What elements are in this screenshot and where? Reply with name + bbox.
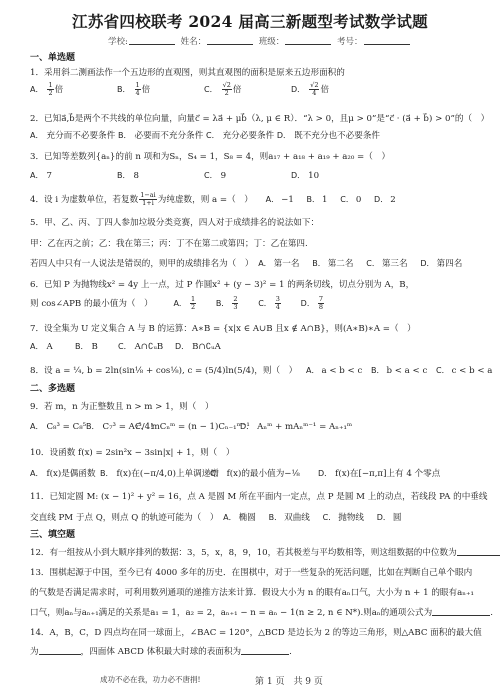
option-label: D． [277, 131, 291, 140]
q5-option-a[interactable]: A．第一名 [258, 259, 299, 269]
class-label: 班级： [259, 37, 285, 47]
option-text: 抛物线 [338, 513, 364, 523]
q11-option-c[interactable]: C．抛物线 [323, 513, 364, 523]
option-text: 第三名 [382, 259, 408, 269]
q9-option-d[interactable]: D．Aₙᵐ + mAₙᵐ⁻¹ = Aₙ₊₁ᵐ [240, 421, 352, 432]
q11-option-b[interactable]: B．双曲线 [269, 513, 310, 523]
option-label: A． [30, 469, 43, 478]
option-text: A∩∁ᵤB [135, 342, 164, 352]
option-text: 倍 [55, 85, 64, 95]
id-label: 考号： [337, 37, 363, 47]
question-12: 12．有一组按从小到大顺序排列的数据：3，5，x，8，9，10，若其极差与平均数… [30, 546, 500, 558]
q10-option-d[interactable]: D．f(x)在[−π,π]上有 4 个零点 [318, 467, 440, 479]
question-12-stem: 12．有一组按从小到大顺序排列的数据：3，5，x，8，9，10，若其极差与平均数… [30, 548, 457, 558]
q6-option-a[interactable]: A．12 [173, 299, 197, 309]
question-6-stem: 则 cos∠APB 的最小值为（ ） [30, 299, 153, 309]
question-13-stem: 口气，则aₙ与aₙ₊₁满足的关系是a₁ = 1，a₂ = 2，aₙ₊₁ − n … [30, 608, 432, 618]
q7-option-c[interactable]: C．A∩∁ᵤB [118, 341, 163, 352]
q3-option-c[interactable]: C．9 [204, 170, 226, 181]
q9-option-c[interactable]: C．mCₙᵐ = (n − 1)Cₙ₋₁ᵐ⁻¹ [135, 421, 250, 432]
question-14-line-2: 为，四面体 ABCD 体积最大时球的表面积为. [30, 645, 292, 657]
option-text: C₈³ = C₈⁵ [46, 422, 86, 432]
q10-option-a[interactable]: A．f(x)是偶函数 [30, 467, 96, 479]
option-label: B． [216, 299, 230, 308]
option-label: D． [175, 342, 189, 351]
name-blank[interactable] [207, 44, 253, 45]
question-11-line-2: 交直线 PM 于点 Q，则点 Q 的轨迹可能为（ ） A．椭圆 B．双曲线 C．… [30, 511, 402, 523]
denominator: 4 [309, 90, 319, 97]
question-5-line-2: 甲：乙在丙之前；乙：我在第三；丙：丁不在第二或第四；丁：乙在第四. [30, 237, 308, 249]
option-text: 倍 [142, 85, 151, 95]
fraction: 78 [318, 296, 324, 311]
option-text: f(x)的最小值为−⅛ [227, 469, 300, 479]
question-1-stem: 1．采用斜二测画法作一个五边形的直观图，则其直观图的面积是原来五边形面积的 [30, 66, 345, 78]
question-4-stem-end: 为纯虚数，则 a =（ ） [158, 195, 253, 205]
denominator: 2 [222, 90, 232, 97]
option-label: C． [210, 469, 224, 478]
option-text: 1 [322, 195, 327, 205]
question-14-line-1: 14．A，B，C，D 四点均在同一球面上，∠BAC = 120°，△BCD 是边… [30, 626, 482, 638]
question-3-stem: 3．已知等差数列{aₙ}的前 n 项和为Sₙ，S₄ = 1，S₈ = 4，则a₁… [30, 150, 390, 162]
option-label: C． [366, 259, 380, 268]
q1-option-a[interactable]: A．12倍 [30, 82, 63, 97]
fraction: 12 [190, 296, 196, 311]
page-number: 第 1 页 共 9 页 [255, 674, 323, 687]
option-text: B [92, 342, 98, 352]
option-label: A． [30, 422, 43, 431]
q4-option-c[interactable]: C．0 [340, 195, 361, 205]
question-8-stem: 8．设 a = ¼, b = 2ln(sin⅛ + cos⅛), c = (5/… [30, 366, 297, 376]
class-blank[interactable] [285, 44, 331, 45]
option-label: B． [371, 366, 385, 375]
fraction: √24 [309, 82, 319, 97]
school-label: 学校: [108, 37, 128, 47]
q8-option-a[interactable]: A．a < b < c [306, 366, 362, 376]
q11-option-a[interactable]: A．椭圆 [223, 513, 256, 523]
q2-options: A．充分而不必要条件 B．必要而不充分条件 C．充分必要条件 D．既不充分也不必… [30, 129, 380, 141]
answer-blank[interactable] [432, 615, 490, 616]
fraction: 23 [232, 296, 238, 311]
q11-option-d[interactable]: D．圆 [377, 513, 402, 523]
option-label: D． [420, 259, 434, 268]
option-label: A． [258, 259, 271, 268]
option-label: C． [204, 171, 218, 180]
question-7-stem: 7．设全集为 U 定义集合 A 与 B 的运算：A∗B = {x|x ∈ A∪B… [30, 322, 416, 334]
section-heading-single: 一、单选题 [30, 50, 75, 63]
option-text: mCₙᵐ = (n − 1)Cₙ₋₁ᵐ⁻¹ [152, 422, 250, 432]
fraction: 1−ai1+i [139, 192, 157, 207]
option-label: D． [301, 299, 315, 308]
option-text: 9 [221, 171, 226, 181]
option-label: A． [173, 299, 186, 308]
option-text: 第二名 [328, 259, 354, 269]
option-label: C． [340, 195, 354, 204]
option-text: 10 [308, 171, 319, 181]
denominator: 4 [275, 304, 281, 311]
option-text: f(x)在(−π/4,0)上单调递增 [117, 469, 219, 479]
option-label: C． [206, 131, 220, 140]
q4-option-d[interactable]: D．2 [374, 195, 396, 205]
option-label: A． [30, 171, 43, 180]
option-text: a < b < c [322, 366, 363, 376]
section-heading-fill: 三、填空题 [30, 527, 75, 540]
q2-option-c[interactable]: C．充分必要条件 [206, 131, 274, 141]
q3-option-d[interactable]: D．10 [291, 170, 319, 181]
option-label: C． [204, 85, 218, 94]
question-10-stem: 10．设函数 f(x) = 2sin²x − 3sin|x| + 1，则（ ） [30, 446, 234, 458]
question-5-line-1: 5．甲、乙、丙、丁四人参加垃圾分类竞赛，四人对于成绩排名的说法如下： [30, 216, 319, 228]
q10-option-c[interactable]: C．f(x)的最小值为−⅛ [210, 467, 300, 479]
option-label: B． [117, 85, 131, 94]
question-11-line-1: 11．已知定圆 M: (x − 1)² + y² = 16，点 A 是圆 M 所… [30, 490, 487, 502]
id-blank[interactable] [364, 44, 410, 45]
question-14-stem: 为 [30, 647, 39, 657]
option-label: A． [306, 366, 319, 375]
q4-option-a[interactable]: A．−1 [266, 195, 294, 205]
option-text: f(x)是偶函数 [46, 469, 95, 479]
q1-option-c[interactable]: C．√22倍 [204, 82, 241, 97]
option-label: C． [258, 299, 272, 308]
period: . [289, 647, 292, 657]
q1-option-b[interactable]: B．14倍 [117, 82, 150, 97]
option-label: A． [223, 513, 236, 522]
option-label: B． [269, 513, 283, 522]
option-text: A [46, 342, 52, 352]
q8-option-c[interactable]: C．c < b < a [436, 366, 492, 376]
option-text: 圆 [393, 513, 402, 523]
page-title: 江苏省四校联考 2024 届高三新题型考试数学试题 [0, 10, 500, 32]
q2-option-b[interactable]: B．必要而不充分条件 [118, 131, 203, 141]
option-text: 8 [134, 171, 139, 181]
option-text: 充分而不必要条件 [46, 131, 115, 141]
q3-option-b[interactable]: B．8 [117, 170, 139, 181]
option-text: 椭圆 [239, 513, 256, 523]
question-13-line-3: 口气，则aₙ与aₙ₊₁满足的关系是a₁ = 1，a₂ = 2，aₙ₊₁ − n … [30, 606, 493, 618]
name-label: 姓名： [181, 37, 207, 47]
answer-blank-1[interactable] [39, 654, 81, 655]
option-label: A． [30, 85, 43, 94]
exam-page: 江苏省四校联考 2024 届高三新题型考试数学试题 学校: 姓名： 班级： 考号… [0, 0, 500, 698]
denominator: 2 [190, 304, 196, 311]
question-14-stem-mid: ，四面体 ABCD 体积最大时球的表面积为 [81, 647, 242, 657]
q5-option-c[interactable]: C．第三名 [366, 259, 407, 269]
option-label: B． [86, 422, 100, 431]
q9-option-a[interactable]: A．C₈³ = C₈⁵ [30, 421, 86, 432]
denominator: 2 [47, 90, 53, 97]
option-label: B． [117, 171, 131, 180]
option-label: B． [75, 342, 89, 351]
option-label: D． [291, 171, 305, 180]
q4-option-b[interactable]: B．1 [307, 195, 328, 205]
option-label: C． [436, 366, 450, 375]
fraction: 34 [275, 296, 281, 311]
option-label: C． [323, 513, 337, 522]
option-text: b < a < c [387, 366, 428, 376]
section-heading-multi: 二、多选题 [30, 381, 75, 394]
option-label: D． [291, 85, 305, 94]
fraction: √22 [222, 82, 232, 97]
option-text: 双曲线 [284, 513, 310, 523]
q2-option-d[interactable]: D．既不充分也不必要条件 [277, 131, 380, 141]
question-5-line-3: 若四人中只有一人说法是错误的，则甲的成绩排名为（ ） A．第一名 B．第二名 C… [30, 257, 462, 269]
question-4: 4．设 i 为虚数单位，若复数1−ai1+i为纯虚数，则 a =（ ） A．−1… [30, 192, 396, 207]
student-info-line: 学校: 姓名： 班级： 考号： [108, 35, 413, 47]
denominator: 8 [318, 304, 324, 311]
fraction: 12 [47, 82, 53, 97]
option-text: 倍 [233, 85, 242, 95]
denominator: 3 [232, 304, 238, 311]
period: . [490, 608, 493, 618]
option-label: D． [318, 469, 332, 478]
option-text: 7 [46, 171, 51, 181]
q6-option-c[interactable]: C．34 [258, 299, 282, 309]
footer-motto: 成功不必在我，功力必不唐捐! [100, 674, 201, 685]
question-9-stem: 9．若 m，n 为正整数且 n > m > 1，则（ ） [30, 400, 214, 412]
option-text: 充分必要条件 [223, 131, 275, 141]
q10-option-b[interactable]: B．f(x)在(−π/4,0)上单调递增 [100, 467, 219, 479]
option-text: B∩∁ᵤA [192, 342, 221, 352]
school-blank[interactable] [129, 44, 175, 45]
option-label: D． [374, 195, 388, 204]
fraction: 14 [135, 82, 141, 97]
option-label: C． [135, 422, 149, 431]
option-label: B． [100, 469, 114, 478]
question-13-line-1: 13．围棋起源于中国，至今已有 4000 多年的历史．在围棋中，对于一些复杂的死… [30, 566, 472, 578]
q6-option-d[interactable]: D．78 [301, 299, 325, 309]
question-4-stem: 4．设 i 为虚数单位，若复数 [30, 195, 138, 205]
option-text: 2 [390, 195, 395, 205]
question-8: 8．设 a = ¼, b = 2ln(sin⅛ + cos⅛), c = (5/… [30, 364, 500, 376]
option-label: B． [118, 131, 132, 140]
denominator: 4 [135, 90, 141, 97]
question-6-line-1: 6．已知 P 为抛物线x² = 4y 上一点，过 P 作圆x² + (y − 3… [30, 278, 414, 290]
q5-option-b[interactable]: B．第二名 [312, 259, 353, 269]
option-text: c < b < a [452, 366, 493, 376]
question-2-stem: 2．已知a⃗,b⃗是两个不共线的单位向量，向量c⃗ = λa⃗ + μb⃗（λ,… [30, 112, 489, 124]
answer-blank-2[interactable] [241, 654, 289, 655]
q1-option-d[interactable]: D．√24倍 [291, 82, 329, 97]
option-text: Aₙᵐ + mAₙᵐ⁻¹ = Aₙ₊₁ᵐ [257, 422, 352, 432]
question-6-line-2: 则 cos∠APB 的最小值为（ ） A．12 B．23 C．34 D．78 [30, 296, 325, 311]
option-text: 倍 [320, 85, 329, 95]
q3-option-a[interactable]: A．7 [30, 170, 52, 181]
answer-blank[interactable] [457, 555, 500, 556]
option-text: 既不充分也不必要条件 [294, 131, 380, 141]
question-5-stem: 若四人中只有一人说法是错误的，则甲的成绩排名为（ ） [30, 259, 253, 269]
option-text: 第一名 [274, 259, 300, 269]
option-text: f(x)在[−π,π]上有 4 个零点 [335, 469, 440, 479]
option-text: 必要而不充分条件 [134, 131, 203, 141]
option-label: D． [377, 513, 391, 522]
option-label: B． [312, 259, 326, 268]
q7-option-b[interactable]: B．B [75, 341, 98, 352]
question-13-line-2: 的气数是否满足需求时，可利用数列通项的递推方法来计算．假设大小为 n 的眼有aₙ… [30, 586, 474, 598]
q2-option-a[interactable]: A．充分而不必要条件 [30, 131, 115, 141]
q7-option-a[interactable]: A．A [30, 341, 53, 352]
q5-option-d[interactable]: D．第四名 [420, 259, 462, 269]
q8-option-b[interactable]: B．b < a < c [371, 366, 427, 376]
option-label: A． [30, 131, 43, 140]
option-label: D． [240, 422, 254, 431]
option-text: 第四名 [437, 259, 463, 269]
option-label: B． [307, 195, 321, 204]
option-label: C． [118, 342, 132, 351]
question-11-stem: 交直线 PM 于点 Q，则点 Q 的轨迹可能为（ ） [30, 513, 218, 523]
option-label: A． [266, 195, 279, 204]
option-label: A． [30, 342, 43, 351]
denominator: 1+i [139, 200, 157, 207]
q6-option-b[interactable]: B．23 [216, 299, 240, 309]
q7-option-d[interactable]: D．B∩∁ᵤA [175, 341, 221, 352]
option-text: −1 [281, 195, 294, 205]
option-text: 0 [356, 195, 361, 205]
